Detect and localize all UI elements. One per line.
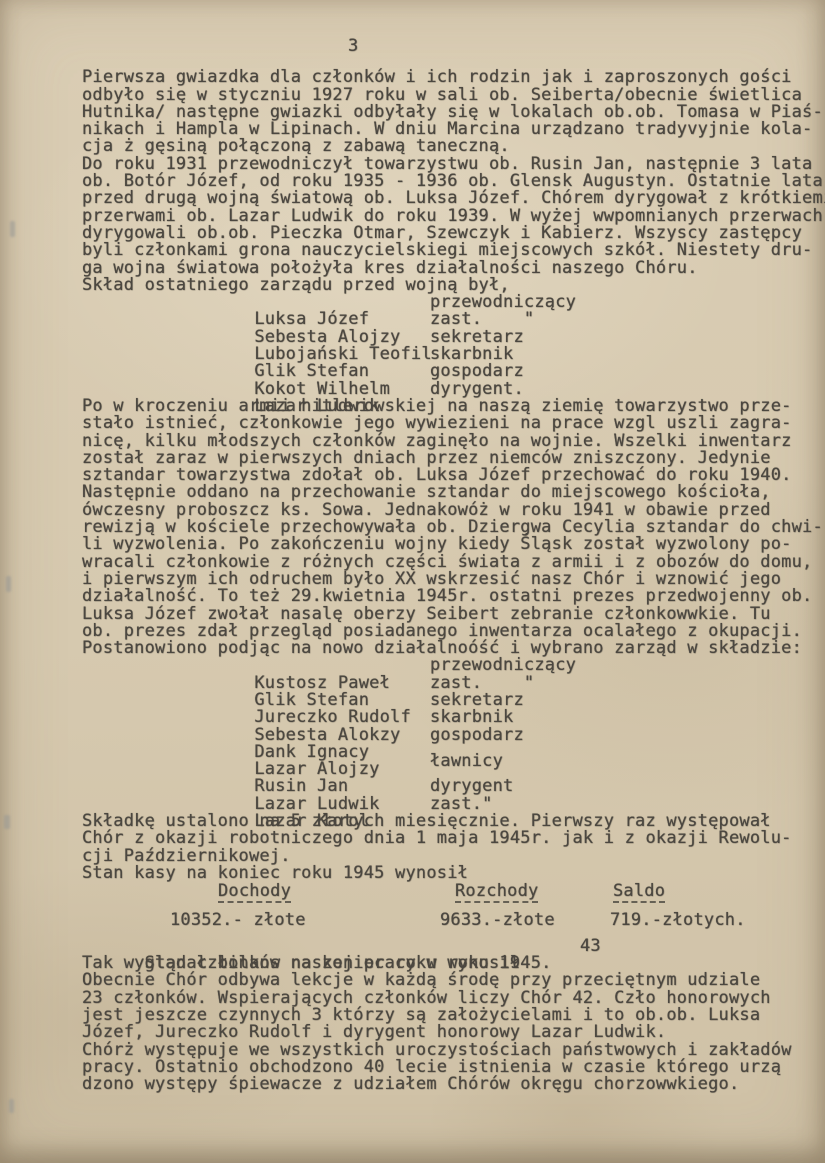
board-member-row: Lazar Alojzy ławnicy (82, 744, 825, 761)
paragraph-intro: Pierwsza gwiazdka dla członków i ich rod… (82, 69, 825, 155)
scan-artifact (9, 1099, 14, 1113)
scan-artifact (10, 221, 15, 237)
board-member-row: Dank Ignacy gospodarz (82, 727, 825, 744)
paragraph-war: Po w kroczeniu armii hitlerowskiej na na… (82, 398, 825, 657)
text-line: byli członkami grona nauczycielskiegi mi… (82, 242, 825, 259)
finance-table-header-row: Dochody Rozchody Saldo (82, 884, 825, 901)
value-dochody: 10352.- złote (170, 912, 306, 929)
member-role: gospodarz (430, 727, 524, 744)
member-role: dyrygent. (430, 381, 524, 398)
members-count-line: Stan członków na koniec roku wynosił 43 (82, 938, 825, 955)
text-line: działalność. To też 29.kwietnia 1945r. o… (82, 588, 825, 605)
text-line: stało istnieć, członkowie jego wywiezien… (82, 415, 825, 432)
members-count-value: 43 (580, 938, 601, 955)
finance-table: Dochody Rozchody Saldo 10352.- złote 963… (82, 884, 825, 929)
paragraph-closing: Tak wyglądał bilans naszej pracy w roku … (82, 955, 825, 1093)
board-member-row: Sebesta Alokzy skarbnik (82, 709, 825, 726)
page-number: 3 (348, 38, 825, 55)
document-page: 3 Pierwsza gwiazdka dla członków i ich r… (0, 0, 825, 1163)
members-count-label: Stan członków na koniec roku wynosił (145, 953, 521, 973)
member-name: Lazar Ludwik (254, 398, 379, 415)
board-prewar-list: Luksa Józef przewodniczący Sebesta Alojz… (82, 294, 825, 398)
scan-artifact (6, 576, 11, 592)
value-rozchody: 9633.-złote (440, 912, 555, 929)
member-name: Lazar Karol (254, 813, 369, 830)
paragraph-history: Do roku 1931 przewodniczył towarzystwu o… (82, 156, 825, 294)
finance-table-value-row: 10352.- złote 9633.-złote 719.-złotych. (82, 912, 825, 929)
column-header-rozchody: Rozchody (455, 883, 538, 902)
column-header-dochody: Dochody (218, 883, 291, 902)
value-saldo: 719.-złotych. (610, 912, 746, 929)
text-line: li wyzwolenia. Po zakończeniu wojny kied… (82, 536, 825, 553)
board-member-row: Lazar Karol zast." (82, 796, 825, 813)
column-header-saldo: Saldo (613, 883, 665, 902)
member-role: zast." (430, 796, 493, 813)
board-member-row: Lazar Ludwik dyrygent. (82, 381, 825, 398)
typewritten-content: 3 Pierwsza gwiazdka dla członków i ich r… (82, 38, 825, 1094)
member-role: skarbnik (430, 709, 513, 726)
text-line: dzono występy śpiewacze z udziałem Chóró… (82, 1076, 825, 1093)
cash-status-line: Stan kasy na koniec roku 1945 wynosił (82, 865, 825, 882)
board-postwar-list: Kustosz Paweł przewodniczący Glik Stefan… (82, 657, 825, 813)
text-line: Pierwsza gwiazdka dla członków i ich rod… (82, 69, 825, 86)
scan-artifact (4, 815, 10, 829)
